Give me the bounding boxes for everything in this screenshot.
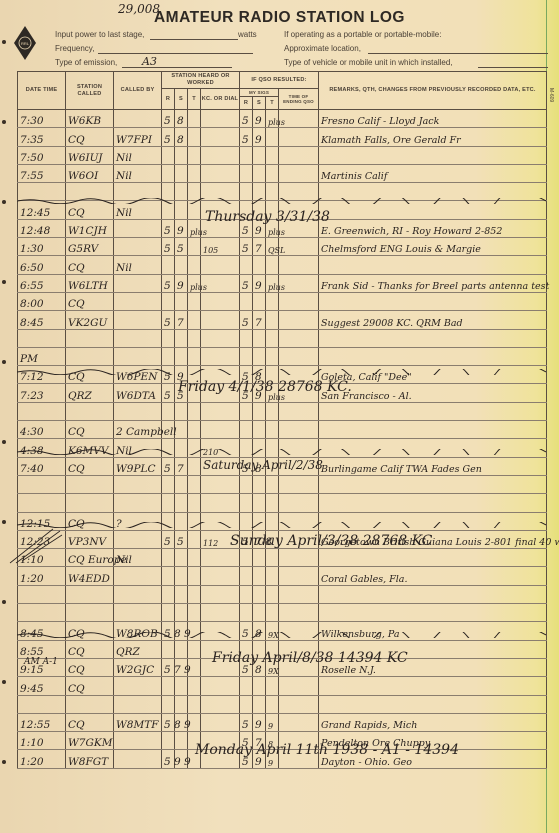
cell-time: 8:45 [18,311,66,329]
cell-heard-s [175,494,188,512]
cell-kc [201,110,240,128]
cell-called-by [114,494,162,512]
cell-heard-t [188,110,201,128]
cell-station-called: G5RV [66,238,114,256]
cell-heard-r [162,549,175,567]
cell-my-t [266,421,279,439]
cell-called-by: W8MTF [114,713,162,731]
cell-station-called: W6KB [66,110,114,128]
cell-heard-t [188,402,201,420]
cell-remarks [319,402,547,420]
col-station-called: STATION CALLED [66,72,114,110]
cell-my-t: QSL [266,238,279,256]
cell-my-t [266,549,279,567]
vehicle-label: Type of vehicle or mobile unit in which … [284,58,453,67]
frequency-line [98,53,253,54]
cell-called-by: W9PLC [114,457,162,475]
cell-time [18,604,66,622]
cell-remarks: Coral Gables, Fla. [319,567,547,585]
cell-kc [201,713,240,731]
log-row: PM [18,347,547,365]
cell-heard-t [188,457,201,475]
log-row [18,329,547,347]
cell-remarks: Fresno Calif - Lloyd Jack [319,110,547,128]
cell-remarks [319,292,547,310]
cell-remarks: Burlingame Calif TWA Fades Gen [319,457,547,475]
cell-called-by [114,732,162,750]
cell-heard-r [162,695,175,713]
cell-heard-r: 5 [162,457,175,475]
log-row [18,402,547,420]
log-row: 7:55W6OINilMartinis Calif [18,164,547,182]
log-row: 12:55CQW8MTF5 8 9599Grand Rapids, Mich [18,713,547,731]
cell-heard-s: 7 [175,311,188,329]
day-heading-saturday: Saturday April/2/38 [203,458,323,472]
cell-end-time [279,549,319,567]
cell-my-s: 9 [253,274,266,292]
cell-time: 7:23 [18,384,66,402]
log-row [18,494,547,512]
cell-heard-t [188,164,201,182]
cell-my-r: 5 [240,128,253,146]
cell-my-t: 9 [266,713,279,731]
cell-station-called [66,402,114,420]
cell-kc [201,292,240,310]
cell-heard-t [188,256,201,274]
cell-kc [201,347,240,365]
col-called-by: CALLED BY [114,72,162,110]
cell-heard-t [188,421,201,439]
cell-station-called [66,329,114,347]
cell-my-r [240,402,253,420]
cell-time: 7:40 [18,457,66,475]
cell-called-by [114,110,162,128]
cell-time [18,329,66,347]
log-row: 7:30W6KB5859plusFresno Calif - Lloyd Jac… [18,110,547,128]
log-row [18,585,547,603]
cell-my-t [266,695,279,713]
cell-station-called [66,604,114,622]
cell-station-called: W1CJH [66,219,114,237]
cell-my-s: 7 [253,238,266,256]
cell-heard-s [175,695,188,713]
log-row [18,475,547,493]
cell-called-by [114,274,162,292]
cell-station-called: CQ [66,640,114,658]
cell-heard-r: 5 7 9 [162,658,175,676]
cell-heard-s [175,567,188,585]
cell-called-by [114,238,162,256]
log-row: 8:45VK2GU5757Suggest 29008 KC. QRM Bad [18,311,547,329]
cell-my-r [240,256,253,274]
cell-heard-s [175,732,188,750]
col-remarks: REMARKS, QTH, CHANGES FROM PREVIOUSLY RE… [319,72,547,110]
cell-time: 12:48 [18,219,66,237]
day-heading-friday-1: Friday 4/1/38 28768 KC. [178,379,352,395]
cell-time [18,695,66,713]
cell-called-by: Nil [114,146,162,164]
cell-end-time [279,695,319,713]
cell-my-s [253,402,266,420]
cell-station-called [66,585,114,603]
cell-my-t [266,256,279,274]
cell-called-by [114,530,162,548]
cell-heard-r: 5 [162,128,175,146]
cell-time: 9:45 [18,677,66,695]
cell-end-time [279,585,319,603]
cell-heard-r [162,292,175,310]
cell-end-time [279,329,319,347]
cell-time: PM [18,347,66,365]
cell-called-by [114,604,162,622]
punch-hole [2,520,6,524]
cell-my-r [240,421,253,439]
punch-hole [2,40,6,44]
col-my-s: S [253,97,266,110]
cell-station-called: CQ [66,658,114,676]
input-power-unit: watts [238,30,257,39]
arrl-diamond-icon: RRL [14,26,36,60]
cell-heard-t [188,530,201,548]
cell-end-time [279,146,319,164]
cell-called-by: Nil [114,256,162,274]
cell-end-time [279,567,319,585]
am-note: AM A-1 [24,657,58,667]
cell-remarks [319,329,547,347]
wavy-separator [17,632,546,638]
cell-called-by [114,567,162,585]
cell-called-by: W6DTA [114,384,162,402]
col-my-t: T [266,97,279,110]
cell-kc [201,475,240,493]
cell-station-called [66,695,114,713]
cell-called-by: Nil [114,164,162,182]
log-row: 1:10CQ EuropeNil [18,549,547,567]
cell-end-time [279,128,319,146]
cell-my-r [240,347,253,365]
cell-my-t [266,604,279,622]
cell-called-by [114,750,162,768]
cell-heard-s [175,640,188,658]
cell-remarks: Klamath Falls, Ore Gerald Fr [319,128,547,146]
cell-heard-t [188,311,201,329]
cell-station-called: QRZ [66,384,114,402]
cell-time [18,475,66,493]
cell-my-r [240,567,253,585]
log-row: 6:55W6LTH59plus59plusFrank Sid - Thanks … [18,274,547,292]
cell-station-called [66,347,114,365]
cell-called-by [114,695,162,713]
cell-remarks [319,421,547,439]
cell-my-t [266,402,279,420]
cell-my-s [253,292,266,310]
cell-kc [201,604,240,622]
cell-heard-s [175,347,188,365]
cell-kc [201,146,240,164]
cell-remarks: Grand Rapids, Mich [319,713,547,731]
cell-my-r: 5 [240,274,253,292]
cell-kc [201,695,240,713]
log-row: 9:45CQ [18,677,547,695]
cell-called-by [114,219,162,237]
cell-heard-t [188,604,201,622]
cell-my-r: 5 [240,110,253,128]
cell-time [18,494,66,512]
cell-station-called: CQ [66,677,114,695]
cell-my-t [266,311,279,329]
cell-heard-t: plus [188,219,201,237]
cell-heard-s: 5 [175,238,188,256]
cell-heard-r: 5 [162,274,175,292]
cell-kc [201,164,240,182]
cell-kc [201,567,240,585]
cell-remarks: E. Greenwich, RI - Roy Howard 2-852 [319,219,547,237]
cell-heard-r: 5 [162,110,175,128]
cell-heard-t [188,128,201,146]
cell-station-called: W6OI [66,164,114,182]
cell-my-t [266,128,279,146]
cell-my-r [240,329,253,347]
portable-label: If operating as a portable or portable-m… [284,30,441,39]
cell-heard-t [188,329,201,347]
cell-heard-t [188,238,201,256]
cell-end-time [279,421,319,439]
cell-remarks [319,549,547,567]
cell-heard-t [188,567,201,585]
cell-heard-r [162,164,175,182]
col-heard-t: T [188,89,201,110]
input-power-label: Input power to last stage, [55,30,144,39]
cell-remarks: Chelmsford ENG Louis & Margie [319,238,547,256]
cell-my-s [253,421,266,439]
cell-kc [201,677,240,695]
cell-remarks: Suggest 29008 KC. QRM Bad [319,311,547,329]
cell-my-t: plus [266,274,279,292]
cell-remarks: Martinis Calif [319,164,547,182]
cell-my-s [253,677,266,695]
cell-end-time [279,311,319,329]
cell-heard-r: 5 [162,238,175,256]
cell-called-by [114,329,162,347]
cell-station-called: CQ [66,713,114,731]
cell-station-called: CQ [66,256,114,274]
cell-station-called: W7GKM [66,732,114,750]
cell-heard-t [188,695,201,713]
cell-called-by: W2GJC [114,658,162,676]
cell-my-r [240,585,253,603]
cell-my-s [253,475,266,493]
cell-time: 6:50 [18,256,66,274]
cell-heard-r [162,494,175,512]
cell-my-r [240,146,253,164]
cell-heard-r: 5 [162,219,175,237]
cell-called-by [114,292,162,310]
cell-heard-s [175,292,188,310]
col-my-r: R [240,97,253,110]
wavy-separator [17,369,546,375]
cell-end-time [279,713,319,731]
cell-time: 7:55 [18,164,66,182]
col-my-sigs: MY SIGS [240,89,279,97]
cell-my-r [240,494,253,512]
cell-time: 6:55 [18,274,66,292]
cell-my-t [266,164,279,182]
cell-kc [201,421,240,439]
cell-my-s [253,329,266,347]
cell-heard-s [175,604,188,622]
page-title: AMATEUR RADIO STATION LOG [0,9,559,27]
cell-time: 1:10 [18,732,66,750]
day-heading-monday: Monday April 11th 1938 - A1 - 14394 [195,742,459,758]
cell-remarks [319,347,547,365]
cell-called-by [114,677,162,695]
cell-my-t [266,585,279,603]
cell-end-time [279,292,319,310]
cell-station-called [66,475,114,493]
cell-station-called: VP3NV [66,530,114,548]
emission-line [122,67,232,68]
cell-heard-s: 9 [175,219,188,237]
cell-time: 8:55 [18,640,66,658]
cell-called-by [114,585,162,603]
cell-my-r [240,604,253,622]
log-row [18,604,547,622]
cell-called-by: 2 Campbell [114,421,162,439]
cell-heard-r [162,329,175,347]
cell-heard-t [188,549,201,567]
cell-heard-s [175,329,188,347]
cell-heard-t [188,475,201,493]
cell-heard-t [188,585,201,603]
cell-remarks [319,695,547,713]
cell-heard-r [162,475,175,493]
cell-end-time [279,677,319,695]
cell-station-called: W6IUJ [66,146,114,164]
location-line [368,53,548,54]
cell-called-by [114,402,162,420]
cell-heard-r [162,732,175,750]
col-heard-s: S [175,89,188,110]
log-row: 1:30G5RV5510557QSLChelmsford ENG Louis &… [18,238,547,256]
cell-heard-r [162,402,175,420]
cell-heard-s [175,164,188,182]
cell-remarks [319,585,547,603]
cell-time [18,585,66,603]
cell-my-r [240,695,253,713]
cell-my-r [240,475,253,493]
cell-my-s: 9 [253,713,266,731]
cell-heard-r [162,146,175,164]
cell-my-t [266,292,279,310]
cell-time: 7:30 [18,110,66,128]
cell-time: 8:00 [18,292,66,310]
log-row: 8:00CQ [18,292,547,310]
input-power-line [150,39,238,40]
cell-called-by: QRZ [114,640,162,658]
emission-label: Type of emission, [55,58,117,67]
cell-kc [201,549,240,567]
form-code: M-609 [548,88,554,102]
cell-remarks [319,256,547,274]
cell-station-called: CQ [66,292,114,310]
cell-heard-s [175,475,188,493]
cell-my-t [266,329,279,347]
col-time-ending: TIME OF ENDING QSO [279,89,319,110]
cell-my-r: 5 [240,311,253,329]
cell-my-t [266,567,279,585]
punch-hole [2,120,6,124]
cell-my-t [266,677,279,695]
cell-my-t [266,146,279,164]
cell-called-by: W7FPI [114,128,162,146]
wavy-separator [17,198,546,204]
cell-kc [201,494,240,512]
cell-heard-r: 5 9 9 [162,750,175,768]
col-qso-resulted: IF QSO RESULTED: [240,72,319,89]
cell-my-s [253,146,266,164]
punch-hole [2,440,6,444]
emission-value: A3 [142,55,157,68]
cell-my-r: 5 [240,238,253,256]
cell-station-called: VK2GU [66,311,114,329]
cell-heard-t [188,347,201,365]
cell-kc [201,402,240,420]
strike-mark [8,525,63,565]
cell-station-called: W8FGT [66,750,114,768]
cell-remarks [319,604,547,622]
cell-station-called: CQ [66,457,114,475]
cell-station-called: CQ [66,128,114,146]
cell-remarks [319,677,547,695]
location-label: Approximate location, [284,44,361,53]
cell-called-by [114,347,162,365]
cell-heard-s [175,146,188,164]
col-heard-r: R [162,89,175,110]
cell-my-r [240,549,253,567]
log-row [18,695,547,713]
cell-heard-s: 5 [175,530,188,548]
cell-my-t: plus [266,110,279,128]
cell-remarks [319,494,547,512]
cell-heard-r: 5 [162,530,175,548]
cell-kc [201,585,240,603]
punch-hole [2,200,6,204]
cell-my-s [253,549,266,567]
cell-time: 7:35 [18,128,66,146]
punch-hole [2,760,6,764]
cell-end-time [279,402,319,420]
cell-remarks: San Francisco - Al. [319,384,547,402]
cell-my-s [253,695,266,713]
cell-kc [201,256,240,274]
cell-heard-s [175,256,188,274]
cell-heard-t [188,494,201,512]
cell-end-time [279,164,319,182]
cell-called-by: Nil [114,549,162,567]
cell-heard-s: 7 [175,457,188,475]
day-heading-thursday: Thursday 3/31/38 [205,209,330,225]
cell-time: 1:20 [18,567,66,585]
cell-heard-t [188,677,201,695]
cell-heard-s [175,677,188,695]
cell-my-s [253,164,266,182]
cell-my-s [253,347,266,365]
cell-heard-r [162,640,175,658]
cell-my-r [240,677,253,695]
cell-my-r [240,292,253,310]
cell-my-s [253,494,266,512]
log-row: 6:50CQNil [18,256,547,274]
